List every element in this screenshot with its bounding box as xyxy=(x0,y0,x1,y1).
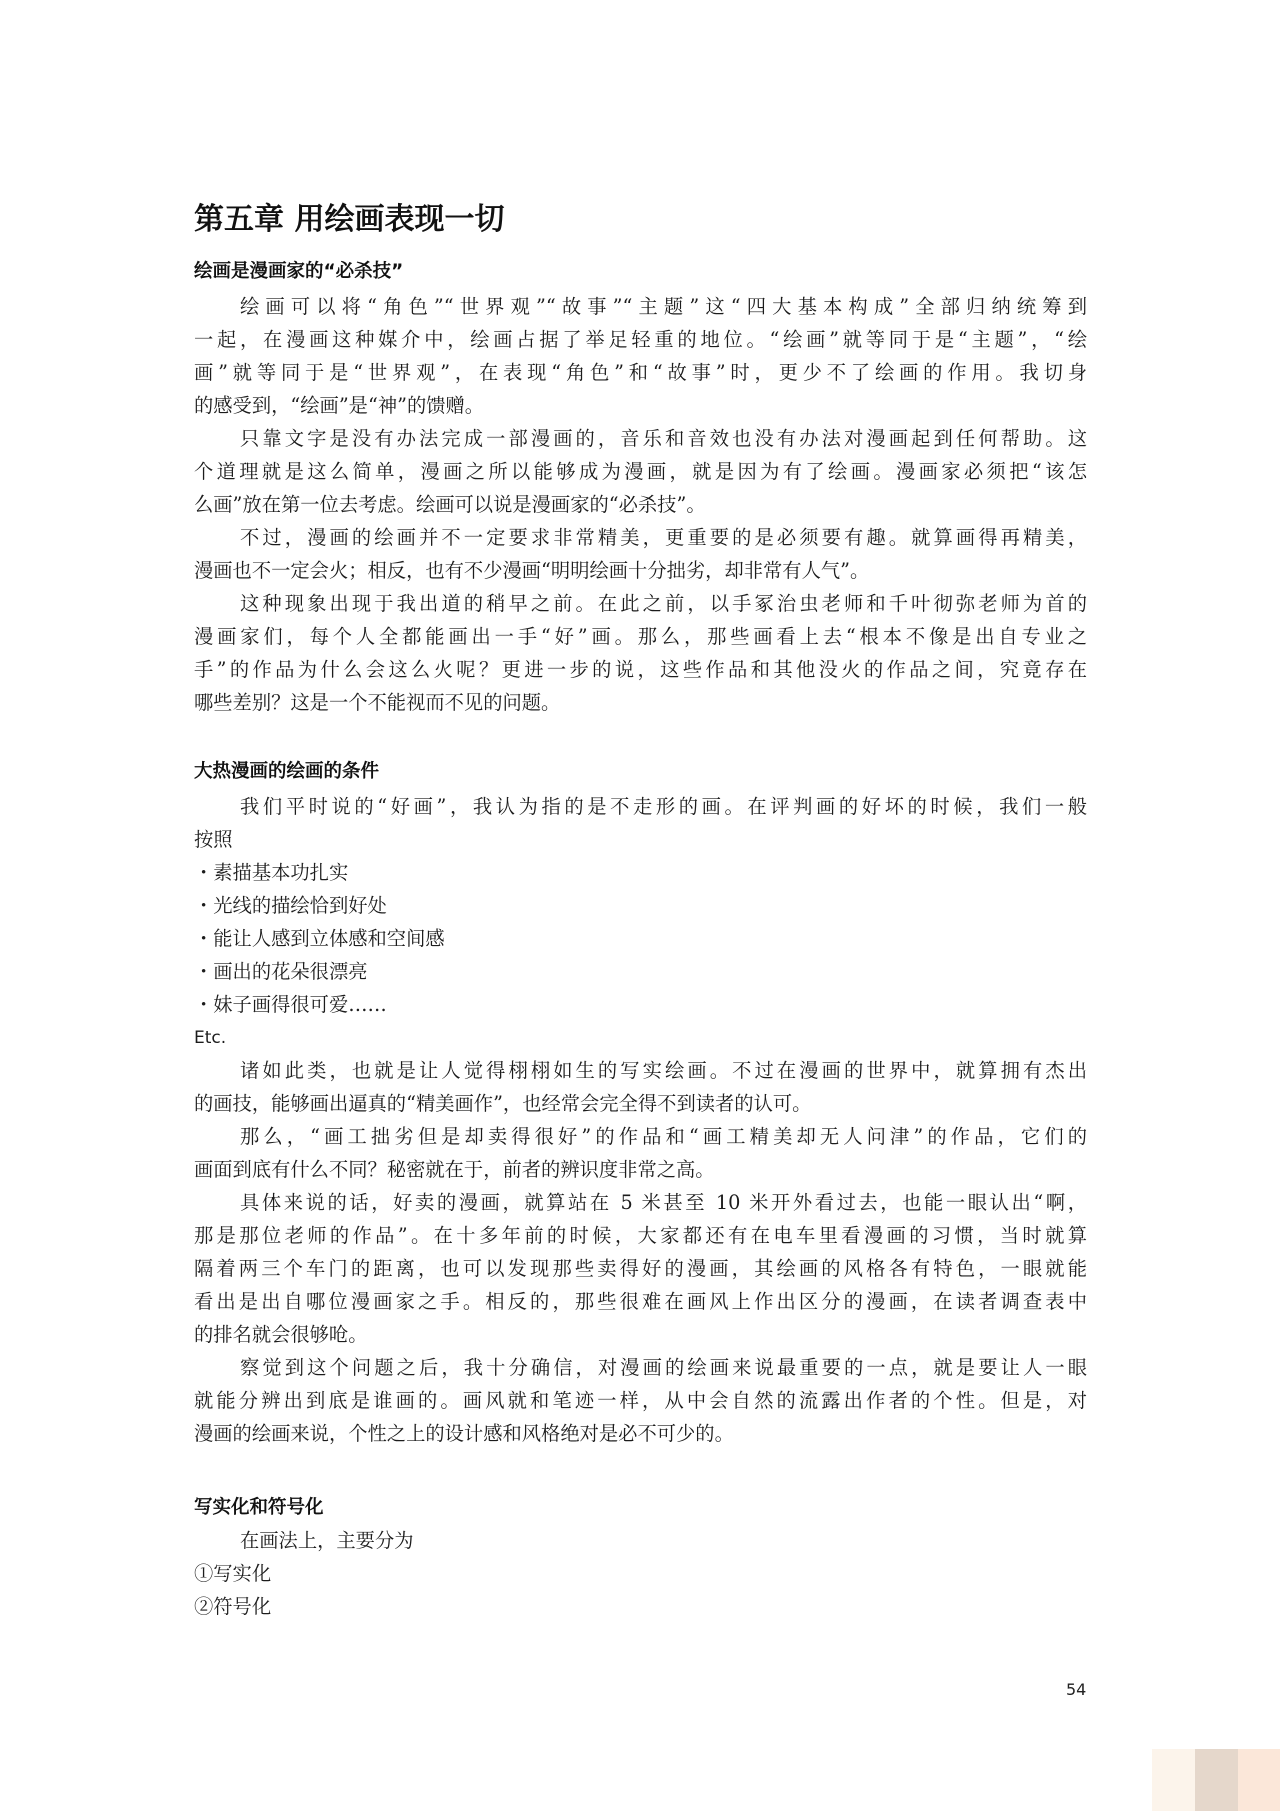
paragraph-line: 的画技，能够画出逼真的“精美画作”，也经常会完全得不到读者的认可。 xyxy=(194,1091,811,1117)
paragraph-line: 一起，在漫画这种媒介中，绘画占据了举足轻重的地位。“绘画”就等同于是“主题”，“… xyxy=(194,327,1087,353)
section-heading-hit-manga-conditions: 大热漫画的绘画的条件 xyxy=(194,759,379,785)
paragraph-line: 看出是出自哪位漫画家之手。相反的，那些很难在画风上作出区分的漫画，在读者调查表中 xyxy=(194,1289,1087,1315)
numbered-item: ②符号化 xyxy=(194,1594,271,1620)
numbered-item: ①写实化 xyxy=(194,1561,271,1587)
paragraph-line: 画”就等同于是“世界观”，在表现“角色”和“故事”时，更少不了绘画的作用。我切身 xyxy=(194,360,1087,386)
decorative-block xyxy=(1195,1749,1238,1811)
paragraph-line: 不过，漫画的绘画并不一定要求非常精美，更重要的是必须要有趣。就算画得再精美， xyxy=(240,525,1087,551)
bullet-item: ・画出的花朵很漂亮 xyxy=(194,959,368,985)
chapter-title: 第五章 用绘画表现一切 xyxy=(194,200,504,240)
paragraph-line: 漫画的绘画来说，个性之上的设计感和风格绝对是必不可少的。 xyxy=(194,1421,734,1447)
paragraph-line: 这种现象出现于我出道的稍早之前。在此之前，以手冢治虫老师和千叶彻弥老师为首的 xyxy=(240,591,1087,617)
bullet-item: ・光线的描绘恰到好处 xyxy=(194,893,387,919)
page-number: 54 xyxy=(1066,1680,1086,1700)
decorative-block xyxy=(1152,1749,1195,1811)
paragraph-line: 个道理就是这么简单，漫画之所以能够成为漫画，就是因为有了绘画。漫画家必须把“该怎 xyxy=(194,459,1087,485)
paragraph-line: 哪些差别？这是一个不能视而不见的问题。 xyxy=(194,690,560,716)
paragraph-line: 的排名就会很够呛。 xyxy=(194,1322,368,1348)
bullet-item: ・能让人感到立体感和空间感 xyxy=(194,926,445,952)
paragraph-line: 具体来说的话，好卖的漫画，就算站在 5 米甚至 10 米开外看过去，也能一眼认出… xyxy=(240,1190,1087,1216)
document-page: 第五章 用绘画表现一切 绘画是漫画家的“必杀技” 绘画可以将“角色”“世界观”“… xyxy=(0,0,1280,1811)
decorative-block xyxy=(1238,1749,1280,1811)
etc-label: Etc. xyxy=(194,1025,226,1051)
paragraph-line: 么画”放在第一位去考虑。绘画可以说是漫画家的“必杀技”。 xyxy=(194,492,706,518)
paragraph-line: 漫画也不一定会火；相反，也有不少漫画“明明绘画十分拙劣，却非常有人气”。 xyxy=(194,558,869,584)
paragraph-line: 我们平时说的“好画”，我认为指的是不走形的画。在评判画的好坏的时候，我们一般 xyxy=(240,794,1087,820)
paragraph-line: 只靠文字是没有办法完成一部漫画的，音乐和音效也没有办法对漫画起到任何帮助。这 xyxy=(240,426,1087,452)
section-heading-killer-move: 绘画是漫画家的“必杀技” xyxy=(194,259,403,285)
paragraph-line: 就能分辨出到底是谁画的。画风就和笔迹一样，从中会自然的流露出作者的个性。但是，对 xyxy=(194,1388,1087,1414)
paragraph-line: 绘画可以将“角色”“世界观”“故事”“主题”这“四大基本构成”全部归纳统筹到 xyxy=(240,294,1087,320)
paragraph-line: 的感受到，“绘画”是“神”的馈赠。 xyxy=(194,393,484,419)
bullet-item: ・妹子画得很可爱…… xyxy=(194,992,387,1018)
paragraph-line: 那是那位老师的作品”。在十多年前的时候，大家都还有在电车里看漫画的习惯，当时就算 xyxy=(194,1223,1087,1249)
paragraph-line: 在画法上，主要分为 xyxy=(240,1528,414,1554)
paragraph-line: 诸如此类，也就是让人觉得栩栩如生的写实绘画。不过在漫画的世界中，就算拥有杰出 xyxy=(240,1058,1087,1084)
paragraph-line: 画面到底有什么不同？秘密就在于，前者的辨识度非常之高。 xyxy=(194,1157,715,1183)
section-heading-realism-symbolism: 写实化和符号化 xyxy=(194,1495,324,1521)
paragraph-line: 手”的作品为什么会这么火呢？更进一步的说，这些作品和其他没火的作品之间，究竟存在 xyxy=(194,657,1087,683)
bullet-item: ・素描基本功扎实 xyxy=(194,860,348,886)
paragraph-line: 按照 xyxy=(194,827,233,853)
paragraph-line: 隔着两三个车门的距离，也可以发现那些卖得好的漫画，其绘画的风格各有特色，一眼就能 xyxy=(194,1256,1087,1282)
paragraph-line: 察觉到这个问题之后，我十分确信，对漫画的绘画来说最重要的一点，就是要让人一眼 xyxy=(240,1355,1087,1381)
paragraph-line: 那么，“画工拙劣但是却卖得很好”的作品和“画工精美却无人问津”的作品，它们的 xyxy=(240,1124,1087,1150)
paragraph-line: 漫画家们，每个人全都能画出一手“好”画。那么，那些画看上去“根本不像是出自专业之 xyxy=(194,624,1087,650)
